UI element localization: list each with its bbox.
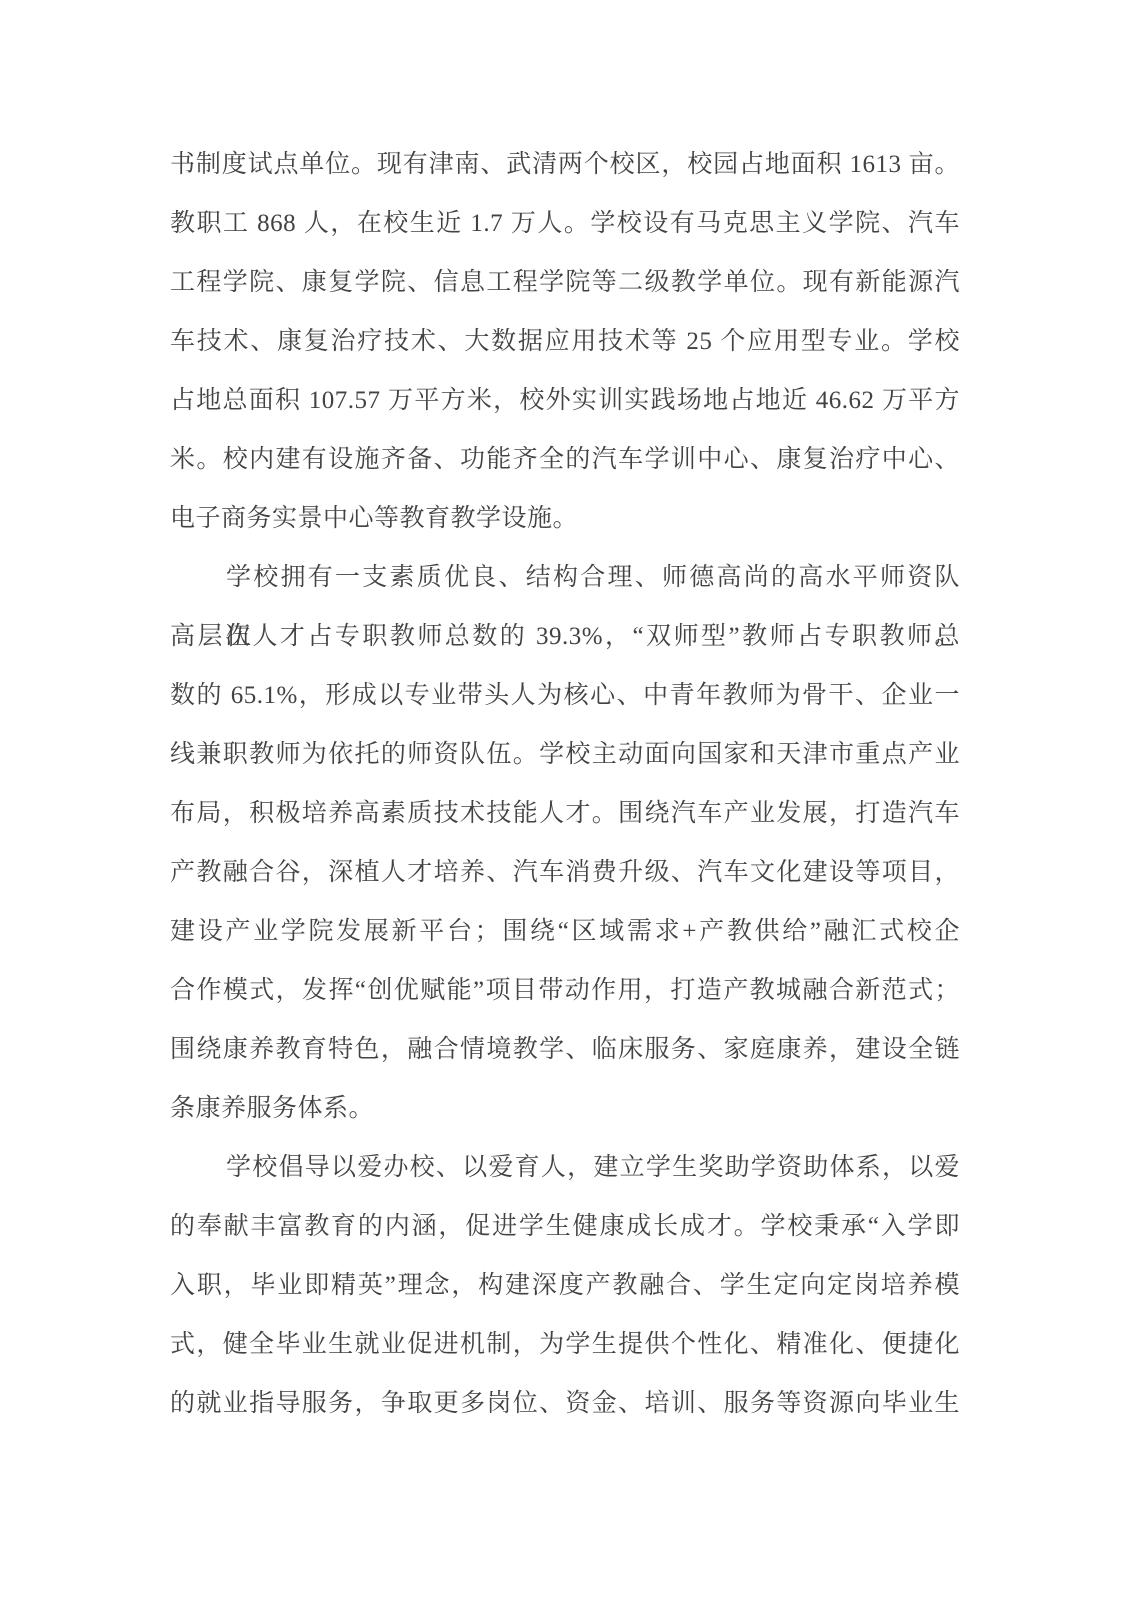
text-line: 线兼职教师为依托的师资队伍。学校主动面向国家和天津市重点产业	[170, 725, 960, 784]
text-line: 的奉献丰富教育的内涵，促进学生健康成长成才。学校秉承“入学即	[170, 1197, 960, 1256]
text-line: 工程学院、康复学院、信息工程学院等二级教学单位。现有新能源汽	[170, 253, 960, 312]
text-line: 数的 65.1%，形成以专业带头人为核心、中青年教师为骨干、企业一	[170, 666, 960, 725]
text-line: 电子商务实景中心等教育教学设施。	[170, 489, 960, 548]
text-line: 建设产业学院发展新平台；围绕“区域需求+产教供给”融汇式校企	[170, 902, 960, 961]
text-line: 书制度试点单位。现有津南、武清两个校区，校园占地面积 1613 亩。	[170, 135, 960, 194]
text-line: 入职，毕业即精英”理念，构建深度产教融合、学生定向定岗培养模	[170, 1256, 960, 1315]
text-block: 书制度试点单位。现有津南、武清两个校区，校园占地面积 1613 亩。 教职工 8…	[170, 135, 960, 1433]
text-line: 学校拥有一支素质优良、结构合理、师德高尚的高水平师资队伍。	[170, 548, 960, 607]
text-line: 教职工 868 人，在校生近 1.7 万人。学校设有马克思主义学院、汽车	[170, 194, 960, 253]
text-line: 的就业指导服务，争取更多岗位、资金、培训、服务等资源向毕业生	[170, 1374, 960, 1433]
text-line: 车技术、康复治疗技术、大数据应用技术等 25 个应用型专业。学校	[170, 312, 960, 371]
text-line: 占地总面积 107.57 万平方米，校外实训实践场地占地近 46.62 万平方	[170, 371, 960, 430]
text-line: 围绕康养教育特色，融合情境教学、临床服务、家庭康养，建设全链	[170, 1020, 960, 1079]
text-line: 布局，积极培养高素质技术技能人才。围绕汽车产业发展，打造汽车	[170, 784, 960, 843]
text-line: 学校倡导以爱办校、以爱育人，建立学生奖助学资助体系，以爱	[170, 1138, 960, 1197]
text-line: 式，健全毕业生就业促进机制，为学生提供个性化、精准化、便捷化	[170, 1315, 960, 1374]
text-line: 高层次人才占专职教师总数的 39.3%，“双师型”教师占专职教师总	[170, 607, 960, 666]
text-line: 米。校内建有设施齐备、功能齐全的汽车学训中心、康复治疗中心、	[170, 430, 960, 489]
text-line: 产教融合谷，深植人才培养、汽车消费升级、汽车文化建设等项目，	[170, 843, 960, 902]
text-line: 合作模式，发挥“创优赋能”项目带动作用，打造产教城融合新范式；	[170, 961, 960, 1020]
text-line: 条康养服务体系。	[170, 1079, 960, 1138]
document-page: 书制度试点单位。现有津南、武清两个校区，校园占地面积 1613 亩。 教职工 8…	[0, 0, 1131, 1600]
